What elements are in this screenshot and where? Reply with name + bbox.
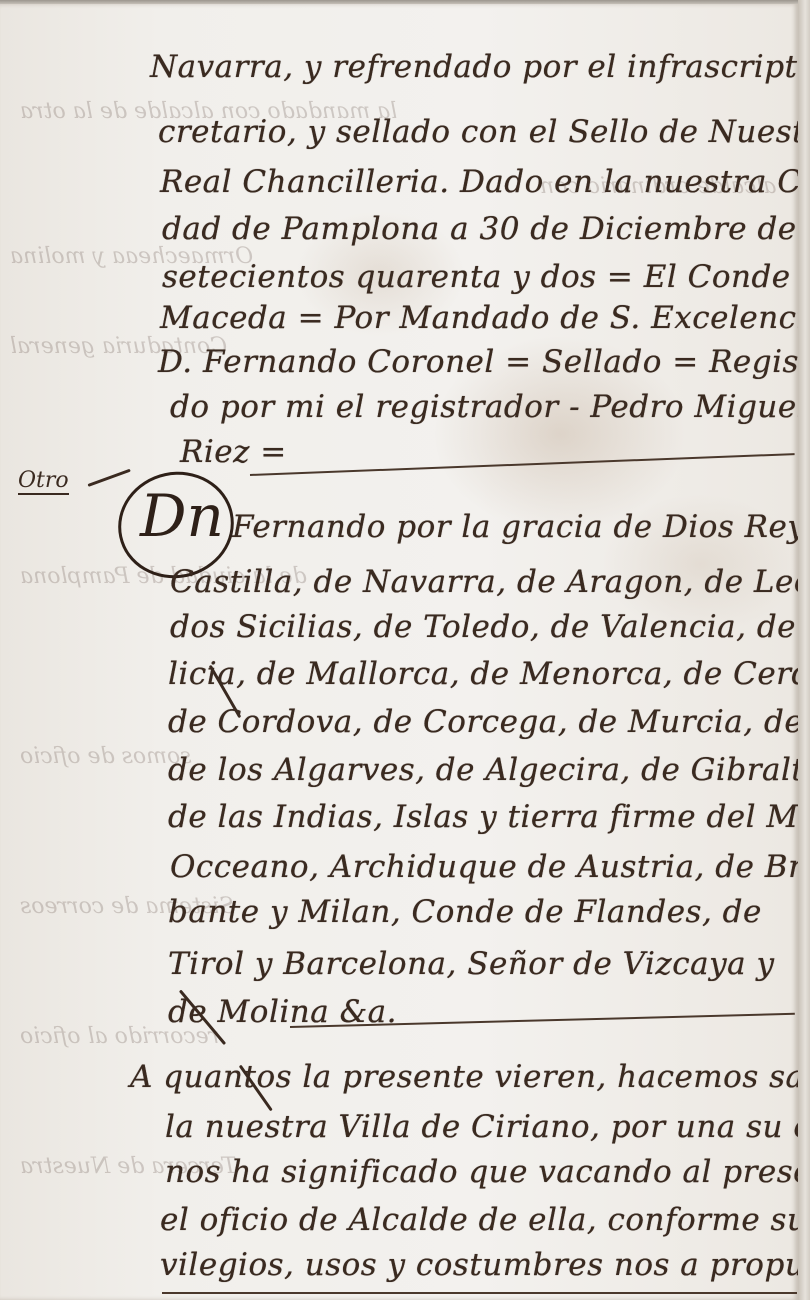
- text-line: setecientos quarenta y dos = El Conde de: [162, 259, 810, 295]
- text-line: dad de Pamplona a 30 de Diciembre de mil: [162, 211, 810, 247]
- text-line: D. Fernando Coronel = Sellado = Registra…: [158, 344, 810, 380]
- text-line: de las Indias, Islas y tierra firme del …: [168, 799, 810, 835]
- text-line: Tirol y Barcelona, Señor de Vizcaya y: [168, 946, 774, 982]
- text-line: el oficio de Alcalde de ella, conforme s…: [160, 1202, 810, 1238]
- manuscript-page: la mandado con alcalde de la otra alcald…: [0, 4, 799, 1300]
- text-line: de los Algarves, de Algecira, de Gibralt…: [168, 752, 810, 788]
- text-line: bante y Milan, Conde de Flandes, de: [168, 894, 762, 930]
- text-line: la nuestra Villa de Ciriano, por una su …: [165, 1109, 810, 1145]
- text-line: dos Sicilias, de Toledo, de Valencia, de…: [170, 609, 810, 645]
- flourish-stroke: [87, 469, 130, 487]
- text-line: vilegios, usos y costumbres nos a propue…: [160, 1247, 810, 1283]
- text-line: Riez =: [180, 434, 287, 470]
- margin-note: Otro: [18, 468, 69, 495]
- text-line: Navarra, y refrendado por el infrascript…: [150, 49, 810, 85]
- page-spine-edge: [798, 0, 810, 1300]
- text-line: Maceda = Por Mandado de S. Excelencia: [160, 300, 810, 336]
- initial-letter: Dn: [140, 482, 224, 550]
- text-line: nos ha significado que vacando al presen…: [165, 1154, 810, 1190]
- text-line: Fernando por la gracia de Dios Rey de: [232, 509, 810, 545]
- text-line: licia, de Mallorca, de Menorca, de Cerde…: [168, 656, 810, 692]
- text-line: A quantos la presente vieren, hacemos sa…: [130, 1059, 810, 1095]
- bottom-rule: [162, 1292, 797, 1294]
- text-line: cretario, y sellado con el Sello de Nues…: [158, 114, 810, 150]
- text-line: Real Chancilleria. Dado en la nuestra Ci…: [160, 164, 810, 200]
- separator-rule: [250, 453, 795, 476]
- bleed-through-text: somos de oficio: [20, 744, 192, 769]
- text-line: de Cordova, de Corcega, de Murcia, de Ja…: [168, 704, 810, 740]
- text-line: Castilla, de Navarra, de Aragon, de Leon…: [170, 564, 810, 600]
- text-line: Occeano, Archiduque de Austria, de Bra-: [170, 849, 810, 885]
- text-line: do por mi el registrador - Pedro Miguel …: [170, 389, 810, 425]
